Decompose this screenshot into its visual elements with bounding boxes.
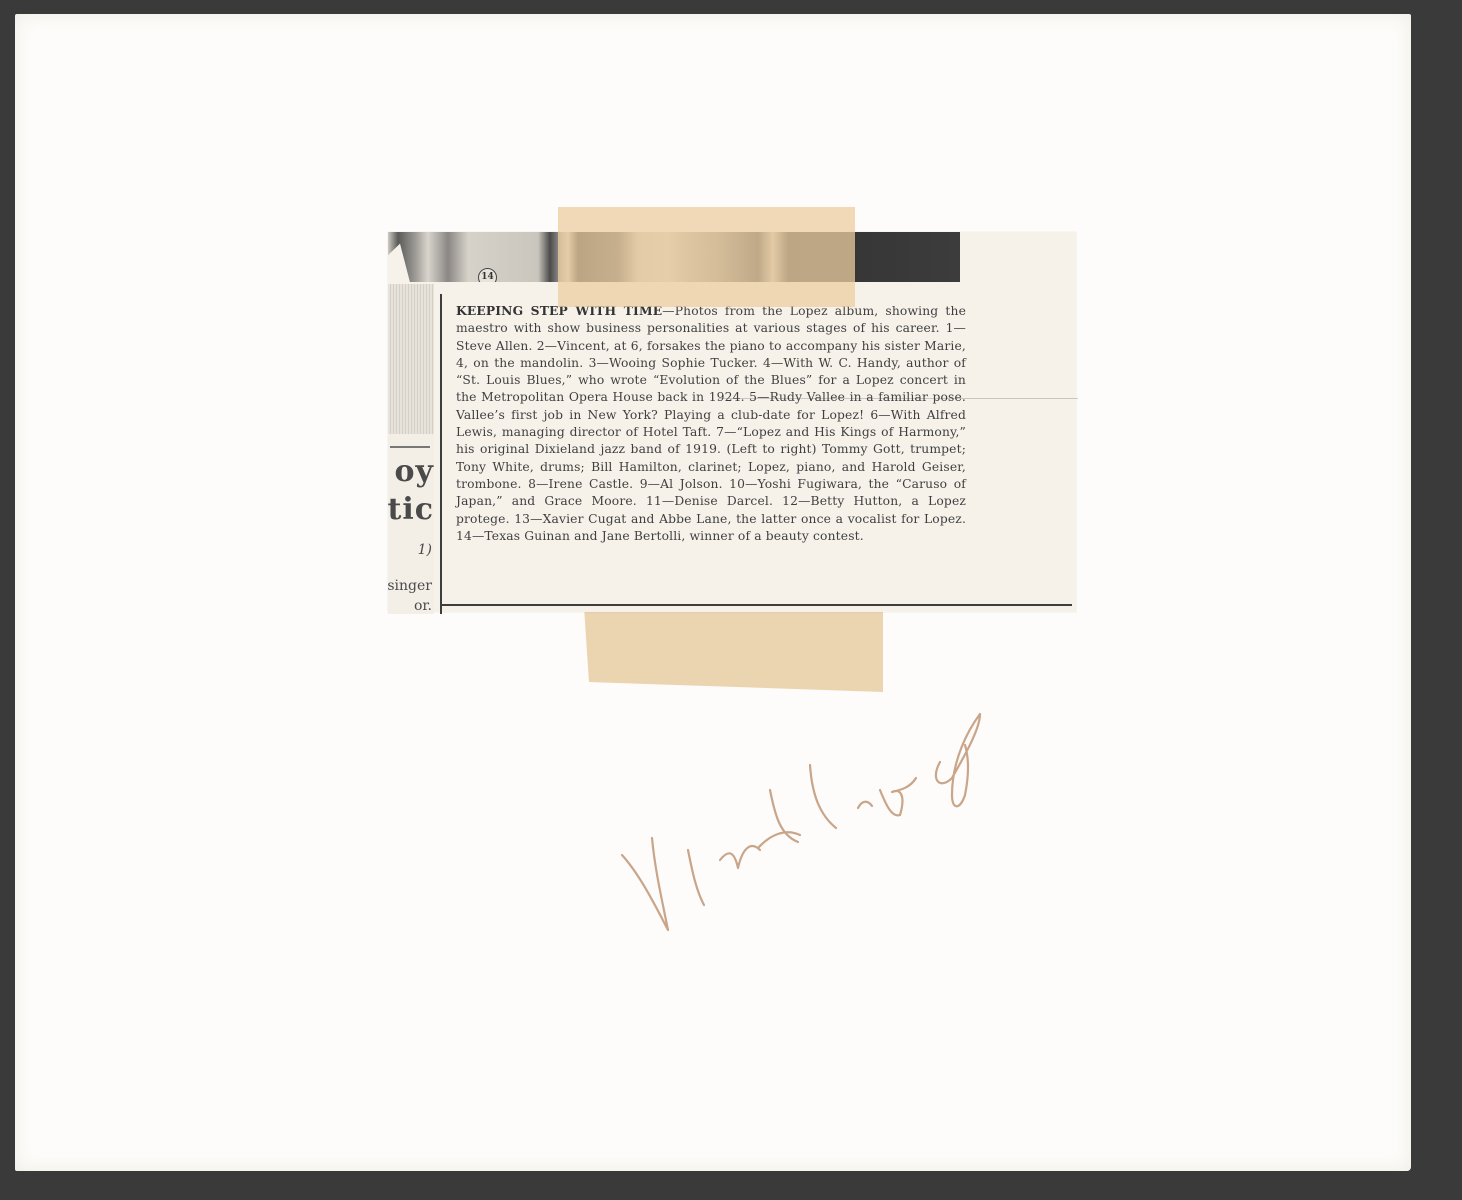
caption-body: —Photos from the Lopez album, showing th… bbox=[456, 304, 966, 543]
fragment-text-3: or. bbox=[414, 598, 432, 614]
handwritten-signature: Vincent Lopez bbox=[600, 700, 1000, 950]
adjacent-column-fragment: oy tic 1) singer or. bbox=[388, 284, 434, 614]
photo-number-badge: 14 bbox=[478, 268, 497, 282]
photo-paper-back: 14 oy tic 1) singer or. KEEPING STEP WIT… bbox=[15, 14, 1411, 1171]
tape-strip-top bbox=[558, 207, 855, 307]
photo-caption: KEEPING STEP WITH TIME—Photos from the L… bbox=[456, 302, 966, 545]
fragment-headline-2: tic bbox=[387, 492, 434, 527]
fragment-text-1: 1) bbox=[418, 542, 432, 558]
adjacent-photo-fragment bbox=[388, 284, 434, 434]
fragment-headline-1: oy bbox=[395, 454, 434, 489]
fragment-text-2: singer bbox=[387, 578, 432, 594]
column-divider bbox=[440, 294, 442, 614]
caption-bottom-rule bbox=[442, 604, 1072, 606]
column-rule bbox=[390, 446, 430, 448]
